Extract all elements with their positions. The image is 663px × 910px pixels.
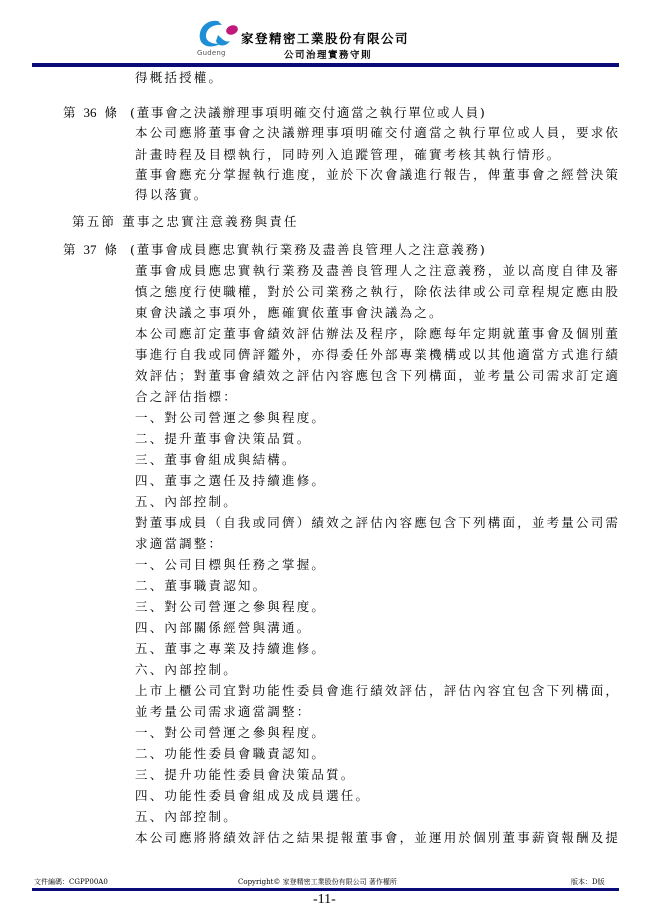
article-37-number: 第37條: [63, 240, 117, 260]
version-label: 版本：D版: [571, 877, 605, 887]
list-item: 五、內部控制。: [135, 492, 238, 512]
document-code: 文件編碼：CGPP00A0: [34, 877, 108, 887]
list-item: 二、董事職責認知。: [135, 576, 267, 596]
article-37-line: 慎之態度行使職權，對於公司業務之執行，除依法律或公司章程規定應由股: [135, 282, 620, 302]
logo-text: Gudeng: [197, 49, 226, 57]
list-item: 一、對公司營運之參與程度。: [135, 408, 326, 428]
list-item: 四、功能性委員會組成及成員選任。: [135, 786, 370, 806]
article-suffix: 條: [105, 105, 118, 120]
list-item: 一、對公司營運之參與程度。: [135, 723, 326, 743]
list-item: 三、董事會組成與結構。: [135, 450, 297, 470]
company-name: 家登精密工業股份有限公司: [241, 29, 409, 47]
article-36-line: 董事會應充分掌握執行進度，並於下次會議進行報告，俾董事會之經營決策: [135, 165, 620, 185]
article-36-line: 計畫時程及目標執行，同時列入追蹤管理，確實考核其執行情形。: [135, 145, 561, 165]
article-37-line: 合之評估指標：: [135, 387, 238, 407]
article-37-line: 求適當調整：: [135, 534, 223, 554]
footer-rule: [32, 888, 619, 891]
article-37-line: 董事會成員應忠實執行業務及盡善良管理人之注意義務，並以高度自律及審: [135, 261, 620, 281]
article-36-number: 第36條: [63, 103, 117, 123]
article-36-line: 本公司應將董事會之決議辦理事項明確交付適當之執行單位或人員，要求依: [135, 123, 620, 143]
list-item: 六、內部控制。: [135, 660, 238, 680]
list-item: 四、內部關係經營與溝通。: [135, 618, 311, 638]
article-36-line: 得以落實。: [135, 185, 209, 205]
carry-over-text: 得概括授權。: [135, 68, 223, 88]
page-header: Gudeng 家登精密工業股份有限公司 公司治理實務守則: [0, 0, 663, 66]
document-title: 公司治理實務守則: [284, 47, 372, 61]
article-36-title: (董事會之決議辦理事項明確交付適當之執行單位或人員): [130, 103, 487, 123]
article-37-line: 效評估；對董事會績效之評估內容應包含下列構面，並考量公司需求訂定適: [135, 366, 620, 386]
article-37-line: 東會決議之事項外，應確實依董事會決議為之。: [135, 303, 444, 323]
document-body: 得概括授權。 第36條 (董事會之決議辦理事項明確交付適當之執行單位或人員) 本…: [0, 66, 663, 876]
article-number: 37: [84, 242, 97, 257]
article-37-line: 事進行自我或同儕評鑑外，亦得委任外部專業機構或以其他適當方式進行績: [135, 345, 620, 365]
list-item: 四、董事之選任及持續進修。: [135, 471, 326, 491]
copyright-notice: Copyright© 家登精密工業股份有限公司 著作權所: [238, 877, 397, 887]
list-item: 二、提升董事會決策品質。: [135, 429, 311, 449]
article-37-line: 對董事成員（自我或同儕）績效之評估內容應包含下列構面，並考量公司需: [135, 513, 620, 533]
list-item: 三、提升功能性委員會決策品質。: [135, 765, 356, 785]
article-37-title: (董事會成員應忠實執行業務及盡善良管理人之注意義務): [130, 240, 487, 260]
list-item: 五、內部控制。: [135, 807, 238, 827]
list-item: 一、公司目標與任務之掌握。: [135, 555, 326, 575]
article-prefix: 第: [63, 242, 76, 257]
article-37-line: 本公司應將將績效評估之結果提報董事會，並運用於個別董事薪資報酬及提: [135, 828, 620, 848]
article-number: 36: [84, 105, 97, 120]
article-37-line: 本公司應訂定董事會績效評估辦法及程序，除應每年定期就董事會及個別董: [135, 324, 620, 344]
page-number: -11-: [313, 892, 336, 908]
list-item: 三、對公司營運之參與程度。: [135, 597, 326, 617]
list-item: 二、功能性委員會職責認知。: [135, 744, 326, 764]
article-prefix: 第: [63, 105, 76, 120]
article-37-line: 並考量公司需求適當調整：: [135, 702, 311, 722]
list-item: 五、董事之專業及持續進修。: [135, 639, 326, 659]
article-suffix: 條: [105, 242, 118, 257]
article-37-line: 上市上櫃公司宜對功能性委員會進行績效評估，評估內容宜包含下列構面，: [135, 681, 620, 701]
section-heading: 第五節 董事之忠實注意義務與責任: [72, 212, 299, 232]
